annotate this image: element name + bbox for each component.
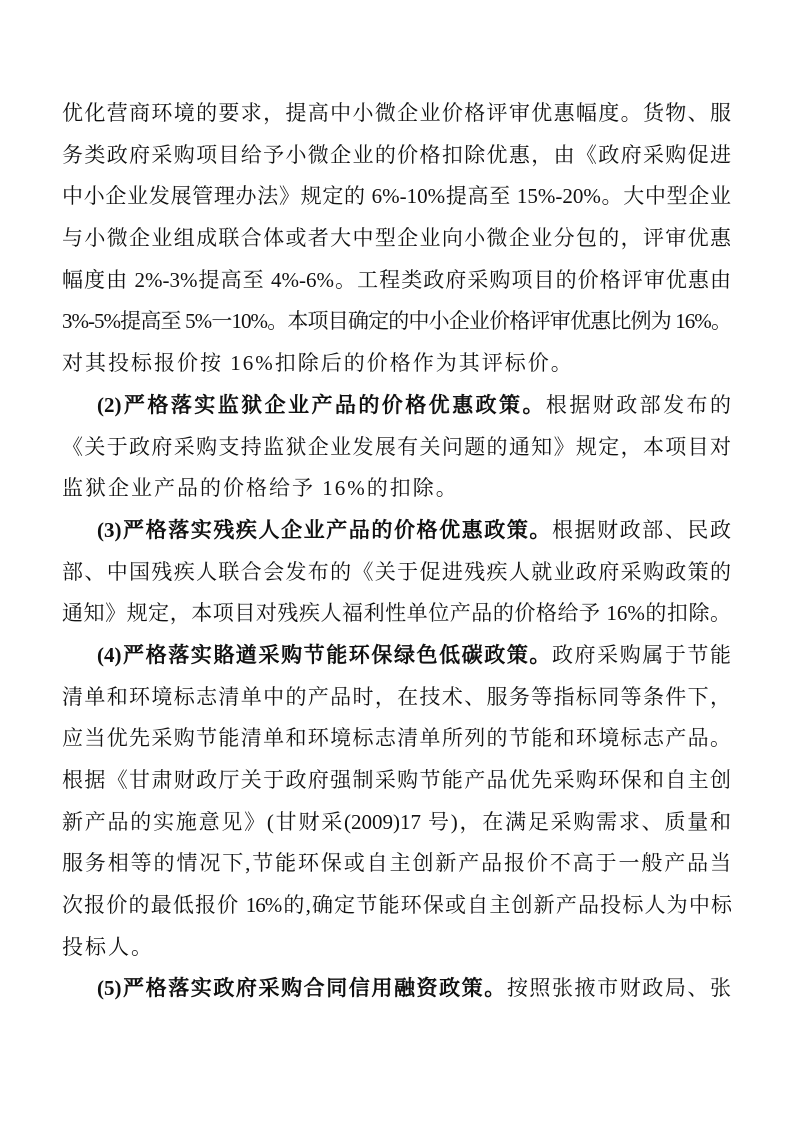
text-line: 与小微企业组成联合体或者大中型企业向小微企业分包的，评审优惠 — [62, 218, 731, 260]
text-line: (2)严格落实监狱企业产品的价格优惠政策。根据财政部发布的 — [62, 385, 731, 427]
clause-heading-text: (3)严格落实残疾人企业产品的价格优惠政策。 — [97, 518, 552, 542]
body-text-segment: 根据财政部、民政 — [552, 518, 731, 542]
text-line: 中小企业发展管理办法》规定的 6%-10%提高至 15%-20%。大中型企业 — [62, 176, 731, 218]
body-text-segment: 幅度由 2%-3%提高至 4%-6%。工程类政府采购项目的价格评审优惠由 — [62, 268, 731, 292]
text-line: 清单和环境标志清单中的产品时，在技术、服务等指标同等条件下， — [62, 677, 731, 719]
text-line: 部、中国残疾人联合会发布的《关于促进残疾人就业政府采购政策的 — [62, 552, 731, 594]
body-text-segment: 政府采购属于节能 — [552, 643, 731, 667]
body-text-segment: 新产品的实施意见》(甘财采(2009)17 号)，在满足采购需求、质量和 — [62, 810, 731, 834]
text-line: 服务相等的情况下,节能环保或自主创新产品报价不高于一般产品当 — [62, 843, 731, 885]
body-text-segment: 3%-5%提高至 5%一10%。本项目确定的中小企业价格评审优惠比例为 16%。 — [62, 309, 731, 333]
body-text-segment: 根据财政部发布的 — [546, 393, 731, 417]
body-text-segment: 按照张掖市财政局、张 — [507, 976, 731, 1000]
body-text-segment: 务类政府采购项目给予小微企业的价格扣除优惠，由《政府采购促进 — [62, 143, 731, 167]
text-body: 优化营商环境的要求，提高中小微企业价格评审优惠幅度。货物、服务类政府采购项目给予… — [62, 93, 731, 1010]
body-text-segment: 应当优先采购节能清单和环境标志清单所列的节能和环境标志产品。 — [62, 726, 731, 750]
document-page: 优化营商环境的要求，提高中小微企业价格评审优惠幅度。货物、服务类政府采购项目给予… — [0, 0, 793, 1122]
clause-heading-text: (2)严格落实监狱企业产品的价格优惠政策。 — [97, 393, 546, 417]
body-text-segment: 次报价的最低报价 16%的,确定节能环保或自主创新产品投标人为中标 — [62, 893, 731, 917]
text-line: 应当优先采购节能清单和环境标志清单所列的节能和环境标志产品。 — [62, 718, 731, 760]
body-text-segment: 部、中国残疾人联合会发布的《关于促进残疾人就业政府采购政策的 — [62, 560, 731, 584]
body-text-segment: 清单和环境标志清单中的产品时，在技术、服务等指标同等条件下， — [62, 685, 731, 709]
body-text-segment: 中小企业发展管理办法》规定的 6%-10%提高至 15%-20%。大中型企业 — [62, 184, 731, 208]
body-text-segment: 对其投标报价按 16%扣除后的价格作为其评标价。 — [62, 351, 574, 375]
clause-heading-text: (5)严格落实政府采购合同信用融资政策。 — [97, 976, 507, 1000]
body-text-segment: 《关于政府采购支持监狱企业发展有关问题的通知》规定，本项目对 — [62, 435, 731, 459]
body-text-segment: 服务相等的情况下,节能环保或自主创新产品报价不高于一般产品当 — [62, 851, 731, 875]
text-line: (4)严格落实賂遒采购节能环保绿色低碳政策。政府采购属于节能 — [62, 635, 731, 677]
body-text-segment: 监狱企业产品的价格给予 16%的扣除。 — [62, 476, 459, 500]
text-line: 次报价的最低报价 16%的,确定节能环保或自主创新产品投标人为中标 — [62, 885, 731, 927]
text-line: 监狱企业产品的价格给予 16%的扣除。 — [62, 468, 731, 510]
text-line: 优化营商环境的要求，提高中小微企业价格评审优惠幅度。货物、服 — [62, 93, 731, 135]
text-line: 投标人。 — [62, 927, 731, 969]
body-text-segment: 通知》规定，本项目对残疾人福利性单位产品的价格给予 16%的扣除。 — [62, 601, 731, 625]
body-text-segment: 与小微企业组成联合体或者大中型企业向小微企业分包的，评审优惠 — [62, 226, 731, 250]
body-text-segment: 根据《甘肃财政厅关于政府强制采购节能产品优先采购环保和自主创 — [62, 768, 731, 792]
text-line: 通知》规定，本项目对残疾人福利性单位产品的价格给予 16%的扣除。 — [62, 593, 731, 635]
body-text-segment: 优化营商环境的要求，提高中小微企业价格评审优惠幅度。货物、服 — [62, 101, 731, 125]
text-line: (5)严格落实政府采购合同信用融资政策。按照张掖市财政局、张 — [62, 968, 731, 1010]
body-text-segment: 投标人。 — [62, 935, 154, 959]
text-line: 幅度由 2%-3%提高至 4%-6%。工程类政府采购项目的价格评审优惠由 — [62, 260, 731, 302]
clause-heading-text: (4)严格落实賂遒采购节能环保绿色低碳政策。 — [97, 643, 552, 667]
text-line: (3)严格落实残疾人企业产品的价格优惠政策。根据财政部、民政 — [62, 510, 731, 552]
text-line: 3%-5%提高至 5%一10%。本项目确定的中小企业价格评审优惠比例为 16%。 — [62, 301, 731, 343]
text-line: 新产品的实施意见》(甘财采(2009)17 号)，在满足采购需求、质量和 — [62, 802, 731, 844]
text-line: 根据《甘肃财政厅关于政府强制采购节能产品优先采购环保和自主创 — [62, 760, 731, 802]
text-line: 对其投标报价按 16%扣除后的价格作为其评标价。 — [62, 343, 731, 385]
text-line: 《关于政府采购支持监狱企业发展有关问题的通知》规定，本项目对 — [62, 427, 731, 469]
text-line: 务类政府采购项目给予小微企业的价格扣除优惠，由《政府采购促进 — [62, 135, 731, 177]
